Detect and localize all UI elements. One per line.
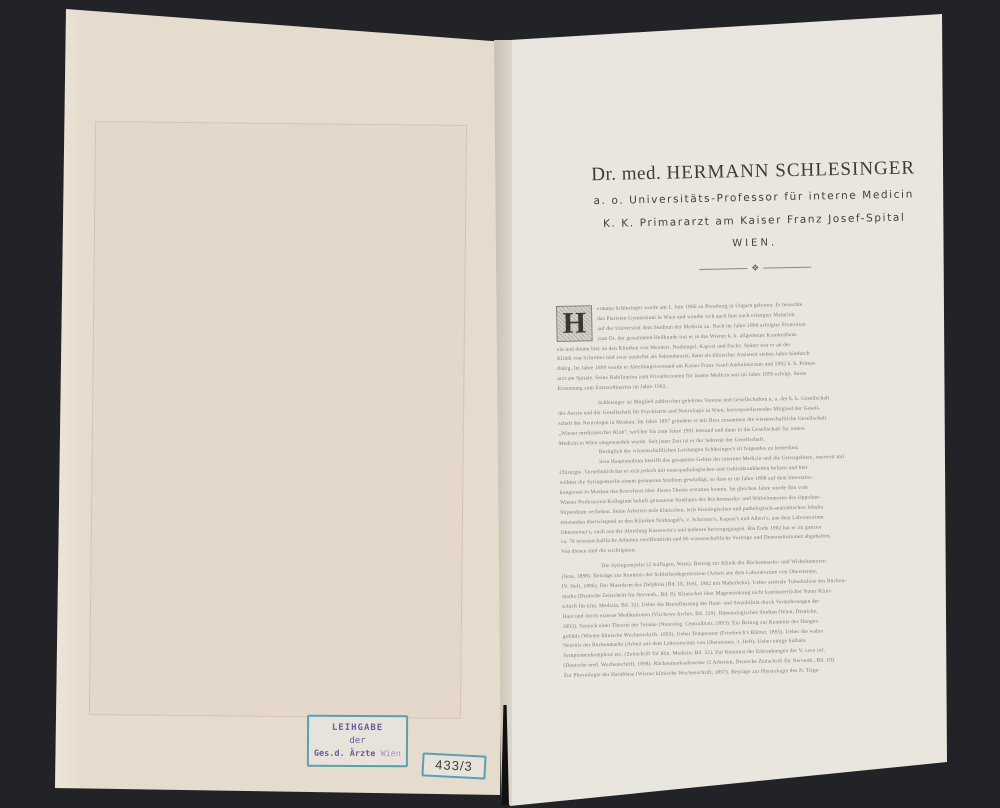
loan-stamp-line-1: LEIHGABE (309, 722, 406, 736)
ornament-icon: ❖ (751, 263, 759, 274)
right-page-content: Dr. med. HERMANN SCHLESINGER a. o. Unive… (553, 157, 964, 682)
loan-stamp-line-3: Ges.d. Ärzte Wien (309, 748, 406, 762)
subtitle-city: WIEN. (555, 234, 955, 253)
title-prefix: Dr. med. (591, 163, 661, 185)
loan-stamp-institution: Ges.d. Ärzte (314, 749, 375, 759)
biography-text: H ermann Schlesinger wurde am 1. Juni 18… (556, 298, 964, 682)
loan-stamp: LEIHGABE der Ges.d. Ärzte Wien (307, 715, 408, 768)
page-fold-highlight (55, 0, 85, 808)
divider-line (763, 267, 811, 269)
subtitle-professorship: a. o. Universitäts-Professor für interne… (554, 188, 954, 208)
loan-stamp-line-2: der (309, 735, 406, 749)
plate-frame (89, 121, 467, 719)
loan-stamp-city: Wien (380, 749, 401, 759)
divider-line (699, 268, 747, 270)
ornament-divider: ❖ (555, 259, 955, 278)
shelf-number-label: 433/3 (421, 752, 486, 779)
dropcap-initial: H (556, 305, 593, 342)
subtitle-position: K. K. Primararzt am Kaiser Franz Josef-S… (554, 211, 954, 231)
title-name: HERMANN SCHLESINGER (666, 157, 915, 183)
